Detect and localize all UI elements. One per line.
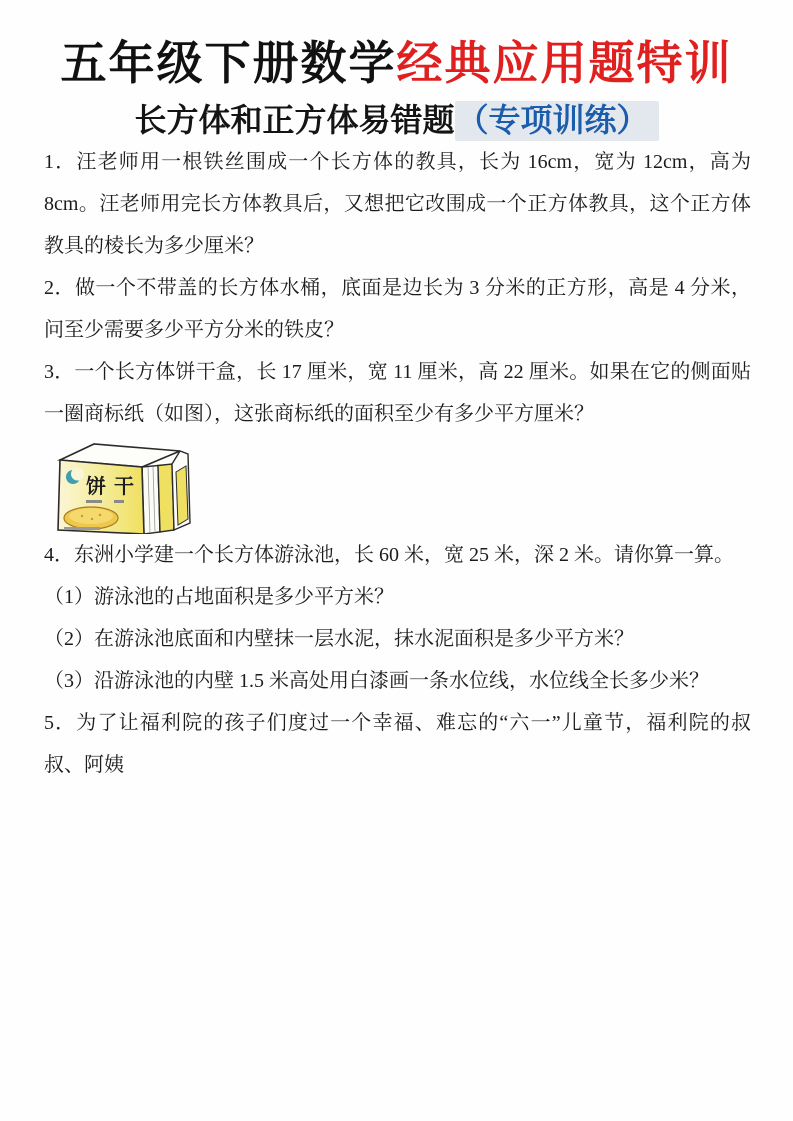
page-title: 五年级下册数学经典应用题特训 bbox=[0, 38, 793, 90]
small-print-bar bbox=[64, 527, 100, 530]
worksheet-page: 五年级下册数学经典应用题特训 长方体和正方体易错题（专项训练） 1．汪老师用一根… bbox=[0, 0, 793, 1121]
page-subtitle: 长方体和正方体易错题（专项训练） bbox=[0, 100, 793, 142]
back-flap-inner bbox=[176, 466, 188, 525]
biscuit-icon-top bbox=[69, 508, 113, 524]
subtitle-highlight-part: （专项训练） bbox=[455, 101, 659, 141]
moon-icon-cutout bbox=[71, 468, 84, 481]
small-print-bar bbox=[114, 500, 124, 503]
question-1: 1．汪老师用一根铁丝围成一个长方体的教具，长为 16cm，宽为 12cm，高为 … bbox=[44, 141, 751, 267]
question-4: 4．东洲小学建一个长方体游泳池，长 60 米，宽 25 米，深 2 米。请你算一… bbox=[44, 534, 751, 576]
biscuit-box-figure: 饼干 bbox=[48, 437, 194, 534]
title-red-part: 经典应用题特训 bbox=[397, 37, 733, 89]
box-side-strip bbox=[142, 466, 160, 535]
title-black-part: 五年级下册数学 bbox=[61, 37, 397, 89]
question-2: 2．做一个不带盖的长方体水桶，底面是边长为 3 分米的正方形，高是 4 分米，问… bbox=[44, 267, 751, 351]
question-3: 3．一个长方体饼干盒，长 17 厘米，宽 11 厘米，高 22 厘米。如果在它的… bbox=[44, 351, 751, 435]
question-4-sub-3: （3）沿游泳池的内壁 1.5 米高处用白漆画一条水位线，水位线全长多少米？ bbox=[44, 660, 751, 702]
question-5: 5．为了让福利院的孩子们度过一个幸福、难忘的“六一”儿童节，福利院的叔叔、阿姨 bbox=[44, 702, 751, 786]
small-print-bar bbox=[86, 500, 102, 503]
question-4-sub-2: （2）在游泳池底面和内壁抹一层水泥，抹水泥面积是多少平方米？ bbox=[44, 618, 751, 660]
subtitle-black-part: 长方体和正方体易错题 bbox=[134, 102, 454, 138]
worksheet-body: 1．汪老师用一根铁丝围成一个长方体的教具，长为 16cm，宽为 12cm，高为 … bbox=[0, 141, 793, 786]
biscuit-label-text: 饼干 bbox=[86, 474, 142, 498]
question-4-sub-1: （1）游泳池的占地面积是多少平方米？ bbox=[44, 576, 751, 618]
label-band bbox=[158, 464, 174, 532]
biscuit-box-illustration: 饼干 bbox=[48, 437, 194, 534]
